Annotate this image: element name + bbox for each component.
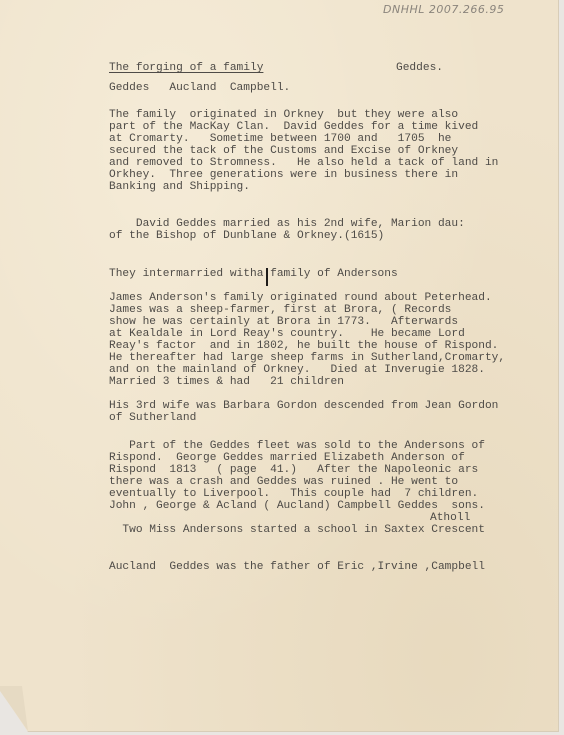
text-line: at Kealdale in Lord Reay's country. He b… bbox=[109, 328, 465, 340]
typed-insertion: Atholl bbox=[430, 512, 470, 524]
text-line: part of the MacKay Clan. David Geddes fo… bbox=[109, 121, 478, 133]
subject-name: Geddes Aucland Campbell. bbox=[109, 82, 290, 94]
text-line: Rispond. George Geddes married Elizabeth… bbox=[109, 452, 465, 464]
text-line: there was a crash and Geddes was ruined … bbox=[109, 476, 458, 488]
text-line: Aucland Geddes was the father of Eric ,I… bbox=[109, 561, 485, 573]
text-line: James was a sheep-farmer, first at Brora… bbox=[109, 304, 451, 316]
document-title: The forging of a family bbox=[109, 62, 263, 74]
text-line: of the Bishop of Dunblane & Orkney.(1615… bbox=[109, 230, 384, 242]
text-line: James Anderson's family originated round… bbox=[109, 292, 492, 304]
text-line: of Sutherland bbox=[109, 412, 196, 424]
text-line: David Geddes married as his 2nd wife, Ma… bbox=[109, 218, 465, 230]
text-line: Married 3 times & had 21 children bbox=[109, 376, 344, 388]
text-line: secured the tack of the Customs and Exci… bbox=[109, 145, 458, 157]
text-line: The family originated in Orkney but they… bbox=[109, 109, 458, 121]
text-line: show he was certainly at Brora in 1773. … bbox=[109, 316, 458, 328]
text-line: at Cromarty. Sometime between 1700 and 1… bbox=[109, 133, 451, 145]
text-line: They intermarried witha family of Anders… bbox=[109, 268, 398, 280]
text-line: He thereafter had large sheep farms in S… bbox=[109, 352, 505, 364]
text-line: Banking and Shipping. bbox=[109, 181, 250, 193]
accession-number: DNHHL 2007.266.95 bbox=[383, 3, 504, 16]
text-line: Part of the Geddes fleet was sold to the… bbox=[109, 440, 485, 452]
text-line: Reay's factor and in 1802, he built the … bbox=[109, 340, 498, 352]
text-line: Two Miss Andersons started a school in S… bbox=[109, 524, 485, 536]
text-line: Rispond 1813 ( page 41.) After the Napol… bbox=[109, 464, 478, 476]
text-line: John , George & Acland ( Aucland) Campbe… bbox=[109, 500, 485, 512]
text-line: eventually to Liverpool. This couple had… bbox=[109, 488, 478, 500]
pen-mark bbox=[266, 268, 268, 286]
text-line: His 3rd wife was Barbara Gordon descende… bbox=[109, 400, 498, 412]
text-line: and on the mainland of Orkney. Died at I… bbox=[109, 364, 485, 376]
text-line: and removed to Stromness. He also held a… bbox=[109, 157, 498, 169]
surname-heading: Geddes. bbox=[396, 62, 443, 74]
text-line: Orkhey. Three generations were in busine… bbox=[109, 169, 458, 181]
